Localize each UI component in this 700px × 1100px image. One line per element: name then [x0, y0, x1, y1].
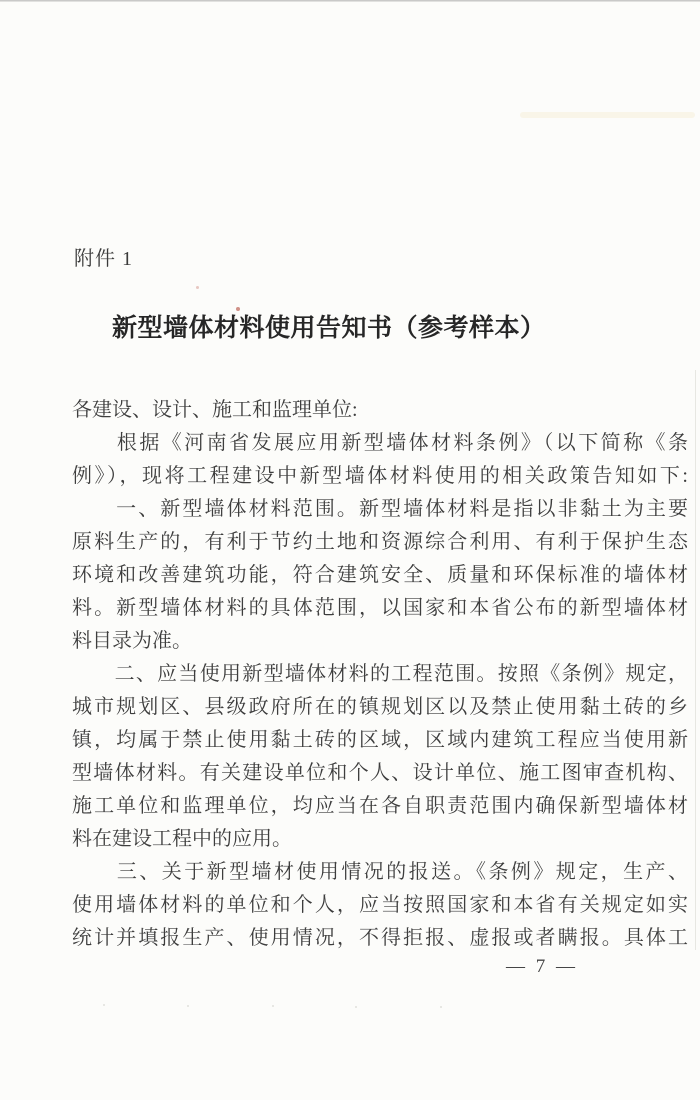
- body-line: 一、新型墙体材料范围。新型墙体材料是指以非黏土为主要: [72, 493, 688, 526]
- document-body: 各建设、设计、施工和监理单位: 根据《河南省发展应用新型墙体材料条例》（以下简称…: [72, 394, 688, 955]
- body-line: 环境和改善建筑功能，符合建筑安全、质量和环保标准的墙体材: [72, 559, 688, 592]
- body-line: 镇，均属于禁止使用黏土砖的区域，区域内建筑工程应当使用新: [72, 724, 688, 757]
- body-line: 例》），现将工程建设中新型墙体材料使用的相关政策告知如下:: [72, 460, 688, 493]
- scan-speck: [103, 1004, 105, 1006]
- scan-right-edge-shadow: [695, 370, 696, 950]
- body-line: 型墙体材料。有关建设单位和个人、设计单位、施工图审查机构、: [72, 757, 688, 790]
- body-line: 统计并填报生产、使用情况，不得拒报、虚报或者瞒报。具体工: [72, 922, 688, 955]
- scan-top-edge: [0, 0, 700, 2]
- page-number: — 7 —: [506, 956, 578, 978]
- body-line: 原料生产的，有利于节约土地和资源综合利用、有利于保护生态: [72, 526, 688, 559]
- body-line: 使用墙体材料的单位和个人，应当按照国家和本省有关规定如实: [72, 889, 688, 922]
- body-line: 城市规划区、县级政府所在的镇规划区以及禁止使用黏土砖的乡: [72, 691, 688, 724]
- body-line: 料目录为准。: [72, 625, 688, 658]
- body-line: 三、关于新型墙材使用情况的报送。《条例》规定，生产、: [72, 856, 688, 889]
- scanned-document-page: 附件 1 新型墙体材料使用告知书（参考样本） 各建设、设计、施工和监理单位: 根…: [0, 0, 700, 1100]
- scan-smudge: [520, 112, 695, 118]
- scan-speck: [236, 307, 240, 311]
- body-line: 二、应当使用新型墙体材料的工程范围。按照《条例》规定，: [72, 658, 688, 691]
- body-line: 料在建设工程中的应用。: [72, 823, 688, 856]
- attachment-label: 附件 1: [74, 242, 133, 271]
- body-line: 料。新型墙体材料的具体范围，以国家和本省公布的新型墙体材: [72, 592, 688, 625]
- body-line: 根据《河南省发展应用新型墙体材料条例》（以下简称《条: [72, 427, 688, 460]
- scan-speck: [187, 1005, 189, 1007]
- scan-speck: [440, 1006, 442, 1008]
- body-line-salutation: 各建设、设计、施工和监理单位:: [72, 394, 688, 427]
- document-title: 新型墙体材料使用告知书（参考样本）: [112, 312, 546, 346]
- scan-speck: [355, 1006, 357, 1008]
- scan-speck: [272, 1005, 274, 1007]
- body-line: 施工单位和监理单位，均应当在各自职责范围内确保新型墙体材: [72, 790, 688, 823]
- scan-speck: [196, 286, 199, 289]
